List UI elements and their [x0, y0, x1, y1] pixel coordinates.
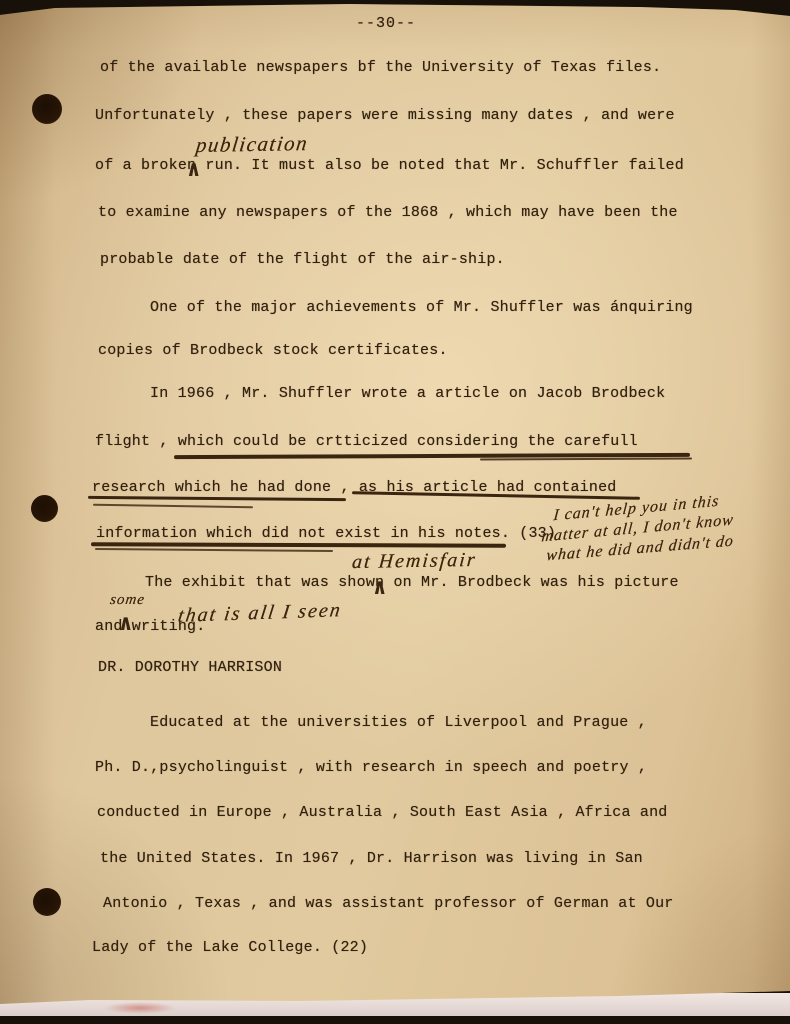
- handwritten-note-that-is-all: that is all I seen: [176, 599, 343, 628]
- hand-underline: [480, 457, 692, 460]
- handwritten-insertion-some: some: [109, 592, 146, 609]
- typed-line: Antonio , Texas , and was assistant prof…: [103, 894, 674, 914]
- handwritten-insertion-at-hemisfair: at Hemisfair: [351, 549, 478, 574]
- punch-hole: [31, 495, 58, 522]
- insertion-caret-icon: ∧: [186, 156, 201, 181]
- typed-line: Unfortunately , these papers were missin…: [95, 106, 675, 126]
- typed-line: Lady of the Lake College. (22): [92, 938, 368, 958]
- typed-line: of a broken run. It must also be noted t…: [95, 156, 684, 176]
- hand-underline: [93, 504, 253, 509]
- typed-line: information which did not exist in his n…: [96, 524, 556, 544]
- page-number: --30--: [356, 15, 416, 32]
- scanned-document-page: --30-- of the available newspapers bf th…: [0, 0, 790, 1024]
- punch-hole: [33, 888, 61, 916]
- hand-underline: [95, 548, 333, 552]
- typed-line: the United States. In 1967 , Dr. Harriso…: [100, 849, 643, 869]
- typed-line: probable date of the flight of the air-s…: [100, 250, 505, 270]
- typed-line: Ph. D.,psycholinguist , with research in…: [95, 758, 647, 778]
- typed-line: In 1966 , Mr. Shuffler wrote a article o…: [150, 384, 665, 404]
- typed-line: conducted in Europe , Australia , South …: [97, 803, 668, 823]
- handwritten-insertion-publication: publication: [194, 131, 309, 158]
- insertion-caret-icon: ∧: [372, 574, 387, 599]
- punch-hole: [32, 94, 62, 124]
- typed-line: flight , which could be crtticized consi…: [95, 432, 638, 452]
- typed-line: The exhibit that was shown on Mr. Brodbe…: [145, 573, 679, 593]
- typed-line: One of the major achievements of Mr. Shu…: [150, 298, 693, 318]
- typed-line: Educated at the universities of Liverpoo…: [150, 713, 647, 733]
- paper: --30-- of the available newspapers bf th…: [0, 0, 790, 1006]
- typed-line: to examine any newspapers of the 1868 , …: [98, 203, 678, 223]
- typed-line: of the available newspapers bf the Unive…: [100, 58, 661, 78]
- hand-underline: [91, 542, 506, 547]
- typed-line: DR. DOROTHY HARRISON: [98, 658, 282, 678]
- insertion-caret-icon: ∧: [118, 610, 133, 635]
- typed-line: copies of Brodbeck stock certificates.: [98, 341, 448, 361]
